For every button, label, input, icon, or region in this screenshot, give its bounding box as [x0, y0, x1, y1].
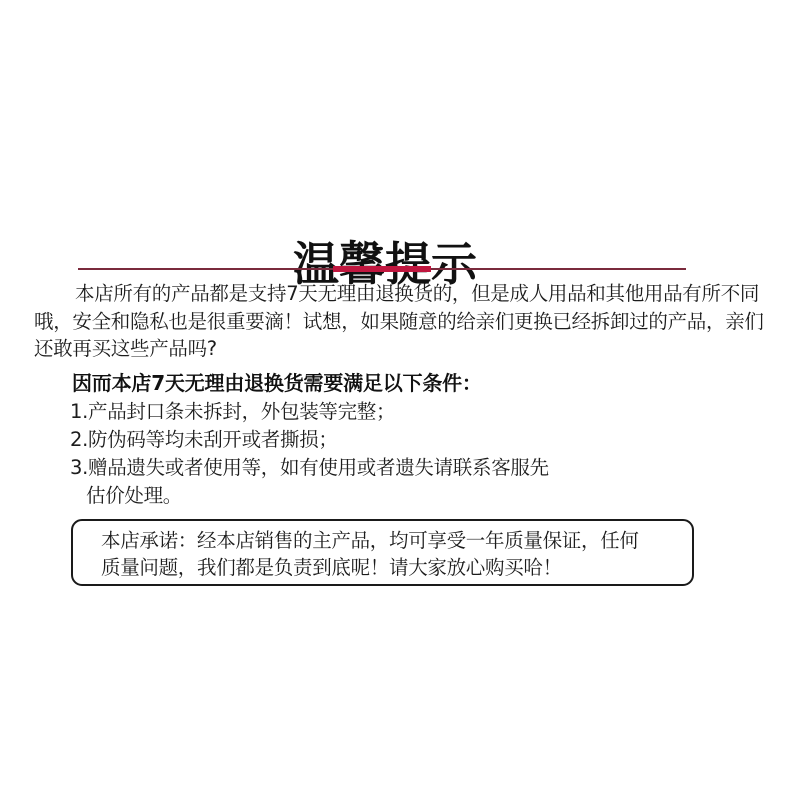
conditions-list: 1.产品封口条未拆封，外包装等完整； 2.防伪码等均未刮开或者撕损； 3.赠品遗…	[70, 398, 630, 510]
condition-item: 3.赠品遗失或者使用等，如有使用或者遗失请联系客服先	[70, 454, 630, 482]
condition-item-continuation: 估价处理。	[70, 482, 630, 510]
conditions-heading: 因而本店7天无理由退换货需要满足以下条件：	[72, 369, 482, 397]
intro-paragraph: 本店所有的产品都是支持7天无理由退换货的，但是成人用品和其他用品有所不同哦，安全…	[34, 280, 774, 363]
store-promise-line-1: 本店承诺：经本店销售的主产品，均可享受一年质量保证，任何	[101, 529, 639, 552]
condition-item: 1.产品封口条未拆封，外包装等完整；	[70, 398, 630, 426]
store-promise-box: 本店承诺：经本店销售的主产品，均可享受一年质量保证，任何 质量问题，我们都是负责…	[71, 519, 694, 586]
store-promise-line-2: 质量问题，我们都是负责到底呢！请大家放心购买哈！	[101, 556, 562, 579]
title-divider-accent	[333, 266, 431, 272]
store-promise-text: 本店承诺：经本店销售的主产品，均可享受一年质量保证，任何 质量问题，我们都是负责…	[101, 527, 681, 581]
condition-item: 2.防伪码等均未刮开或者撕损；	[70, 426, 630, 454]
